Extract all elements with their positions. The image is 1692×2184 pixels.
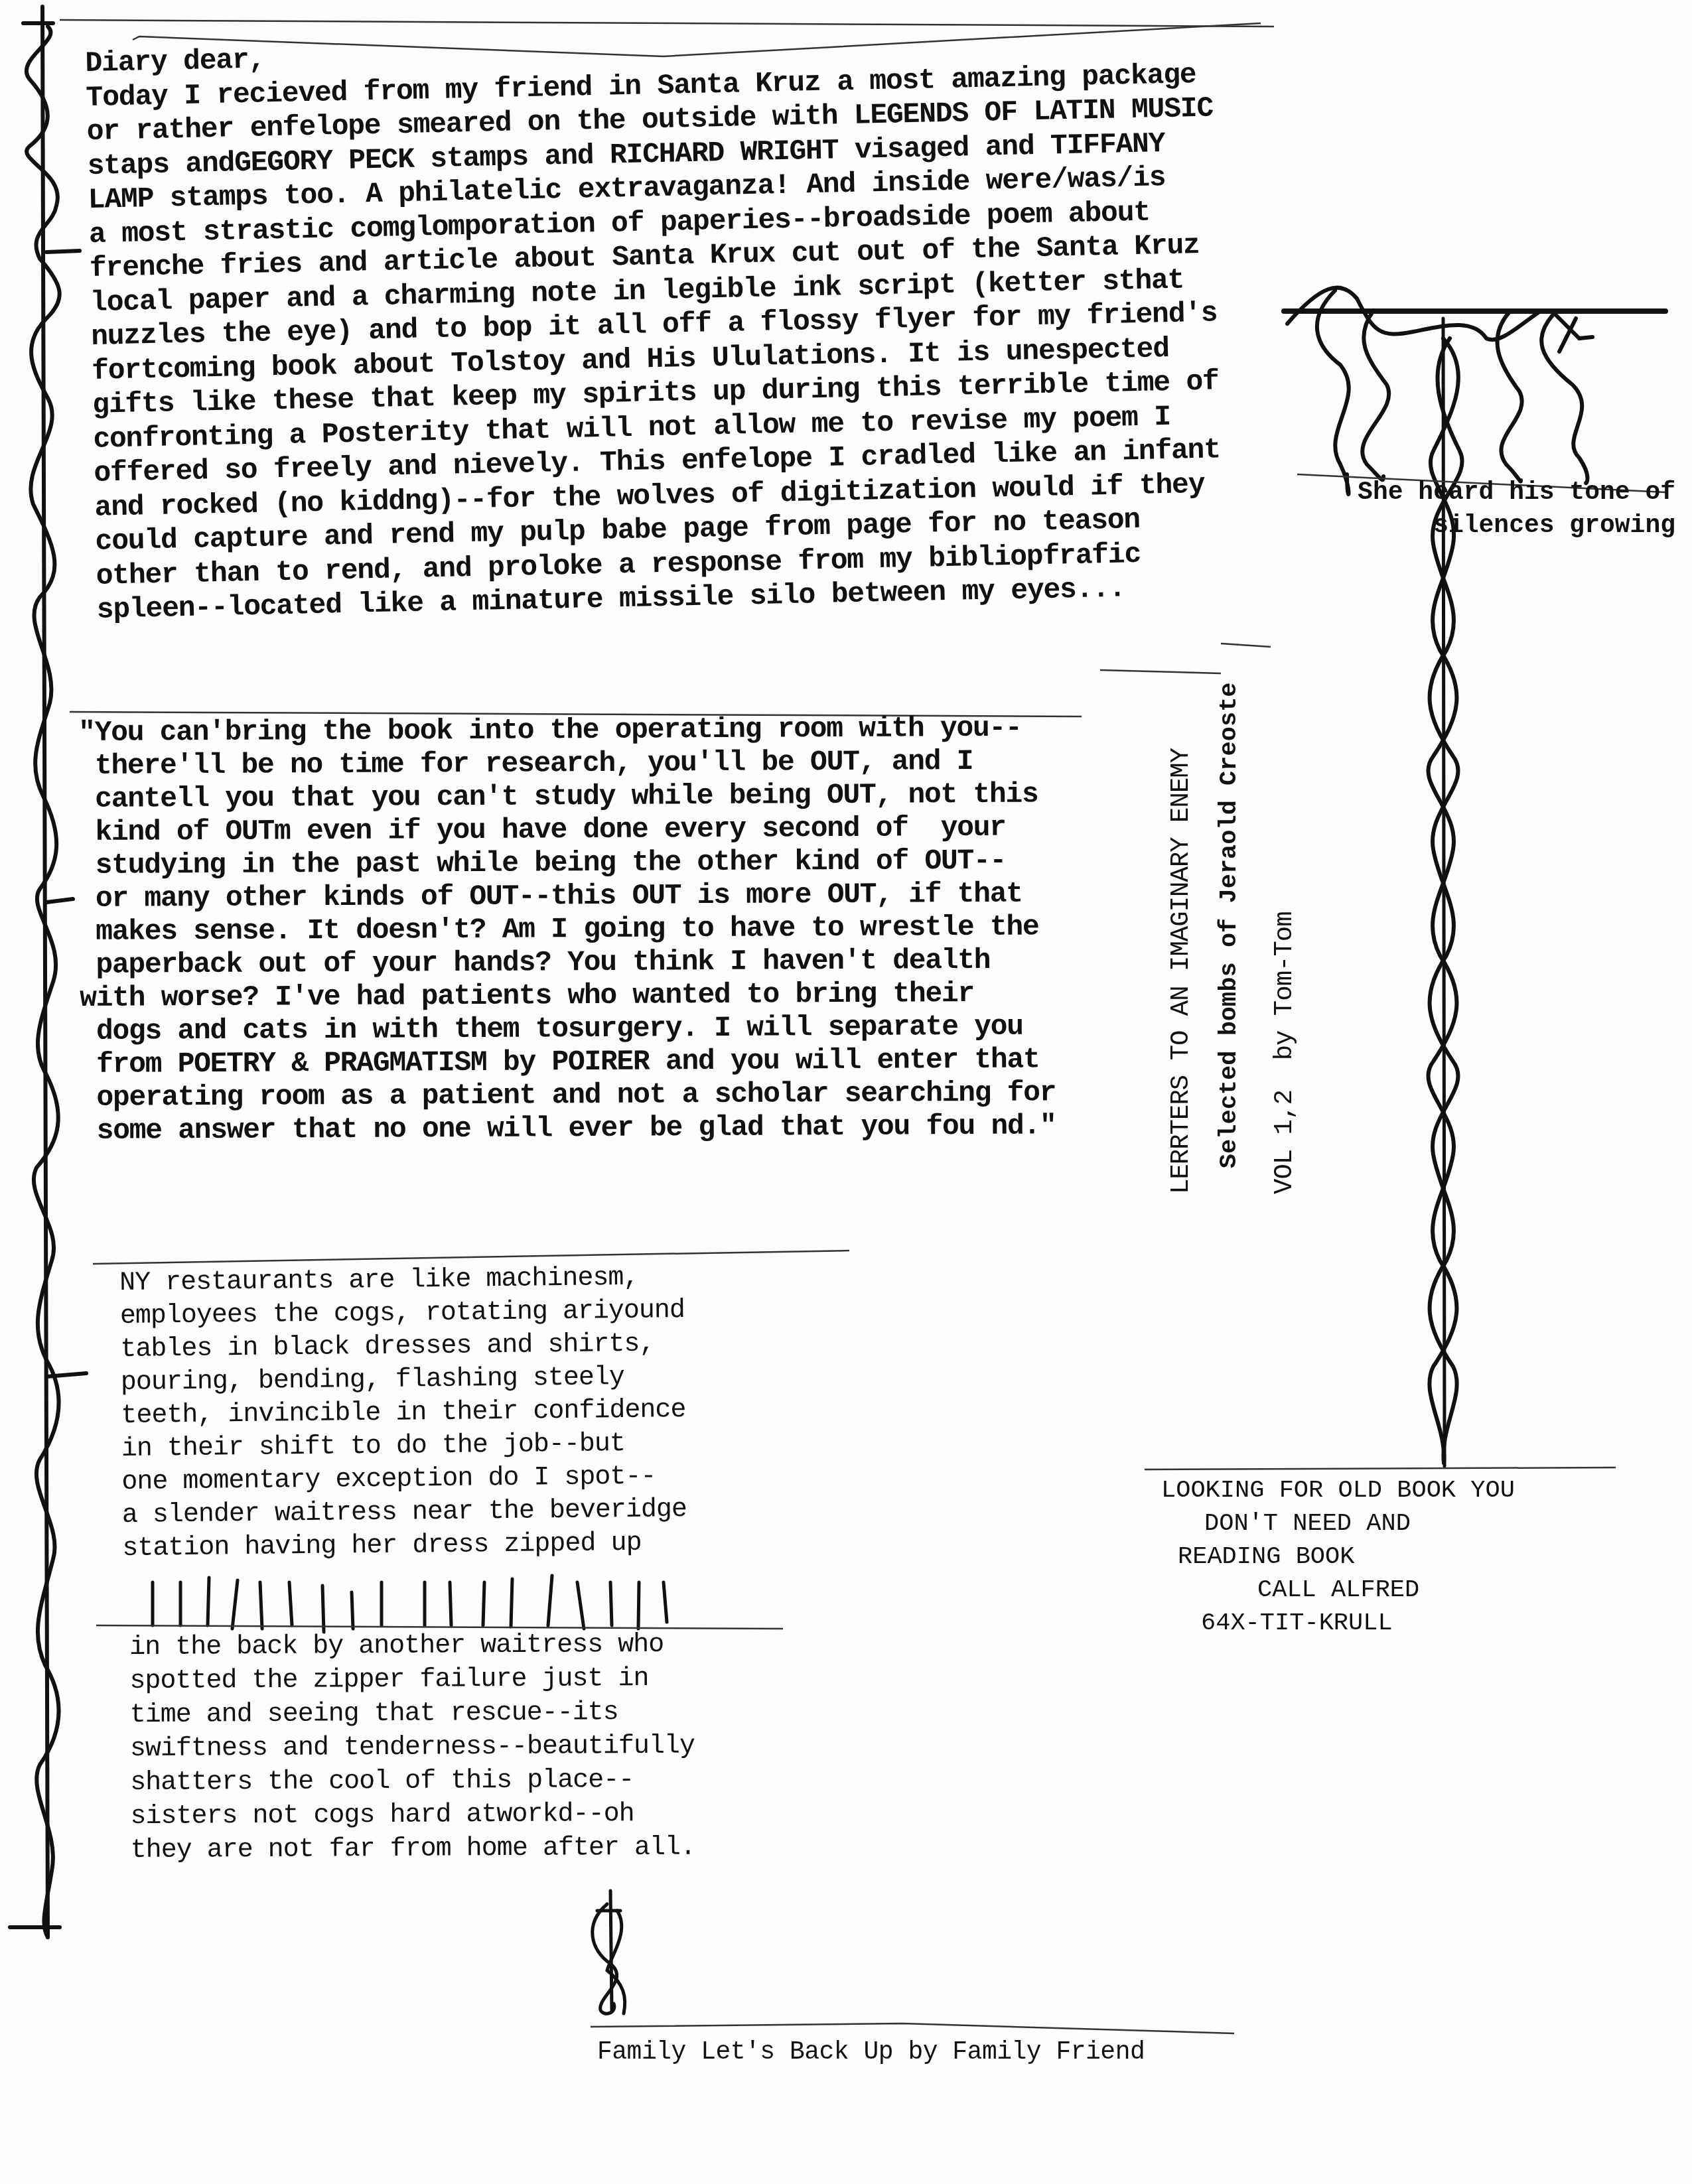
zipper-teeth-icon xyxy=(153,1576,667,1632)
poem-line: in their shift to do the job--but xyxy=(121,1427,687,1466)
quote-line: makes sense. It doesn't? Am I going to h… xyxy=(80,910,1056,949)
caption-line: She heard his tone of xyxy=(1330,476,1675,510)
poem-line: they are not far from home after all. xyxy=(131,1831,695,1868)
ad-line: READING BOOK xyxy=(1161,1540,1515,1574)
caption-line: silences growing xyxy=(1330,510,1675,543)
book-title: Selected bombs of Jeraold Creoste xyxy=(1216,682,1243,1168)
poem-line: one momentary exception do I spot-- xyxy=(121,1460,687,1499)
quote-line: or many other kinds of OUT--this OUT is … xyxy=(79,877,1055,916)
poem-line: station having her dress zipped up xyxy=(122,1527,687,1566)
ad-line: DON'T NEED AND xyxy=(1161,1507,1515,1540)
restaurant-poem-part-two: in the back by another waitress who spot… xyxy=(129,1628,695,1868)
poem-line: swiftness and tenderness--beautifully xyxy=(130,1730,695,1766)
quote-line: some answer that no one will ever be gla… xyxy=(80,1109,1056,1148)
poem-line: sisters not cogs hard atworkd--oh xyxy=(130,1797,695,1834)
left-margin-vine-icon xyxy=(10,7,86,1937)
surgeon-quote-clipping: "You can'bring the book into the operati… xyxy=(78,711,1056,1148)
poem-line: a slender waitress near the beveridge xyxy=(122,1493,687,1533)
quote-line: paperback out of your hands? You think I… xyxy=(80,943,1056,982)
quote-line: studying in the past while being the oth… xyxy=(79,844,1055,882)
ad-line: LOOKING FOR OLD BOOK YOU xyxy=(1161,1474,1515,1507)
quote-line: dogs and cats in with them tosurgery. I … xyxy=(80,1010,1056,1048)
poem-line: shatters the cool of this place-- xyxy=(130,1763,695,1800)
quote-line: there'll be no time for research, you'll… xyxy=(78,744,1054,783)
book-ad-selected-bombs: Selected bombs of Jeraold Creoste xyxy=(1188,682,1271,1227)
poem-line: tables in black dresses and shirts, xyxy=(120,1328,685,1367)
quote-line: "You can'bring the book into the operati… xyxy=(78,711,1054,750)
poem-line: NY restaurants are like machinesm, xyxy=(119,1261,685,1300)
footer-credit: Family Let's Back Up by Family Friend xyxy=(597,2038,1145,2067)
classified-ad: LOOKING FOR OLD BOOK YOU DON'T NEED AND … xyxy=(1161,1474,1515,1640)
caduceus-icon xyxy=(593,1891,625,2013)
clothesline-icon xyxy=(1284,288,1665,494)
ad-line: CALL ALFRED xyxy=(1161,1574,1515,1607)
quote-line: operating room as a patient and not a sc… xyxy=(80,1076,1056,1115)
quote-line: cantell you that you can't study while b… xyxy=(79,778,1055,816)
zine-page: Diary dear, Today I recieved from my fri… xyxy=(0,0,1692,2184)
credit-text: Family Let's Back Up by Family Friend xyxy=(597,2038,1145,2067)
drawing-caption: She heard his tone of silences growing xyxy=(1330,476,1675,543)
poem-line: in the back by another waitress who xyxy=(129,1628,694,1665)
quote-line: from POETRY & PRAGMATISM by POIRER and y… xyxy=(80,1043,1056,1081)
poem-line: spotted the zipper failure just in xyxy=(129,1662,694,1698)
quote-line: kind of OUTm even if you have done every… xyxy=(79,811,1055,849)
quote-line: with worse? I've had patients who wanted… xyxy=(80,977,1056,1015)
restaurant-poem-part-one: NY restaurants are like machinesm, emplo… xyxy=(119,1261,687,1566)
poem-line: time and seeing that rescue--its xyxy=(130,1696,695,1732)
poem-line: employees the cogs, rotating ariyound xyxy=(120,1294,685,1333)
book-volume-author: VOL 1,2 by Tom-Tom xyxy=(1267,748,1302,1194)
poem-line: teeth, invincible in their confidence xyxy=(121,1394,686,1433)
poem-line: pouring, bending, flashing steely xyxy=(121,1361,686,1400)
diary-entry-clipping: Diary dear, Today I recieved from my fri… xyxy=(85,23,1224,627)
ad-line: 64X-TIT-KRULL xyxy=(1161,1607,1515,1640)
